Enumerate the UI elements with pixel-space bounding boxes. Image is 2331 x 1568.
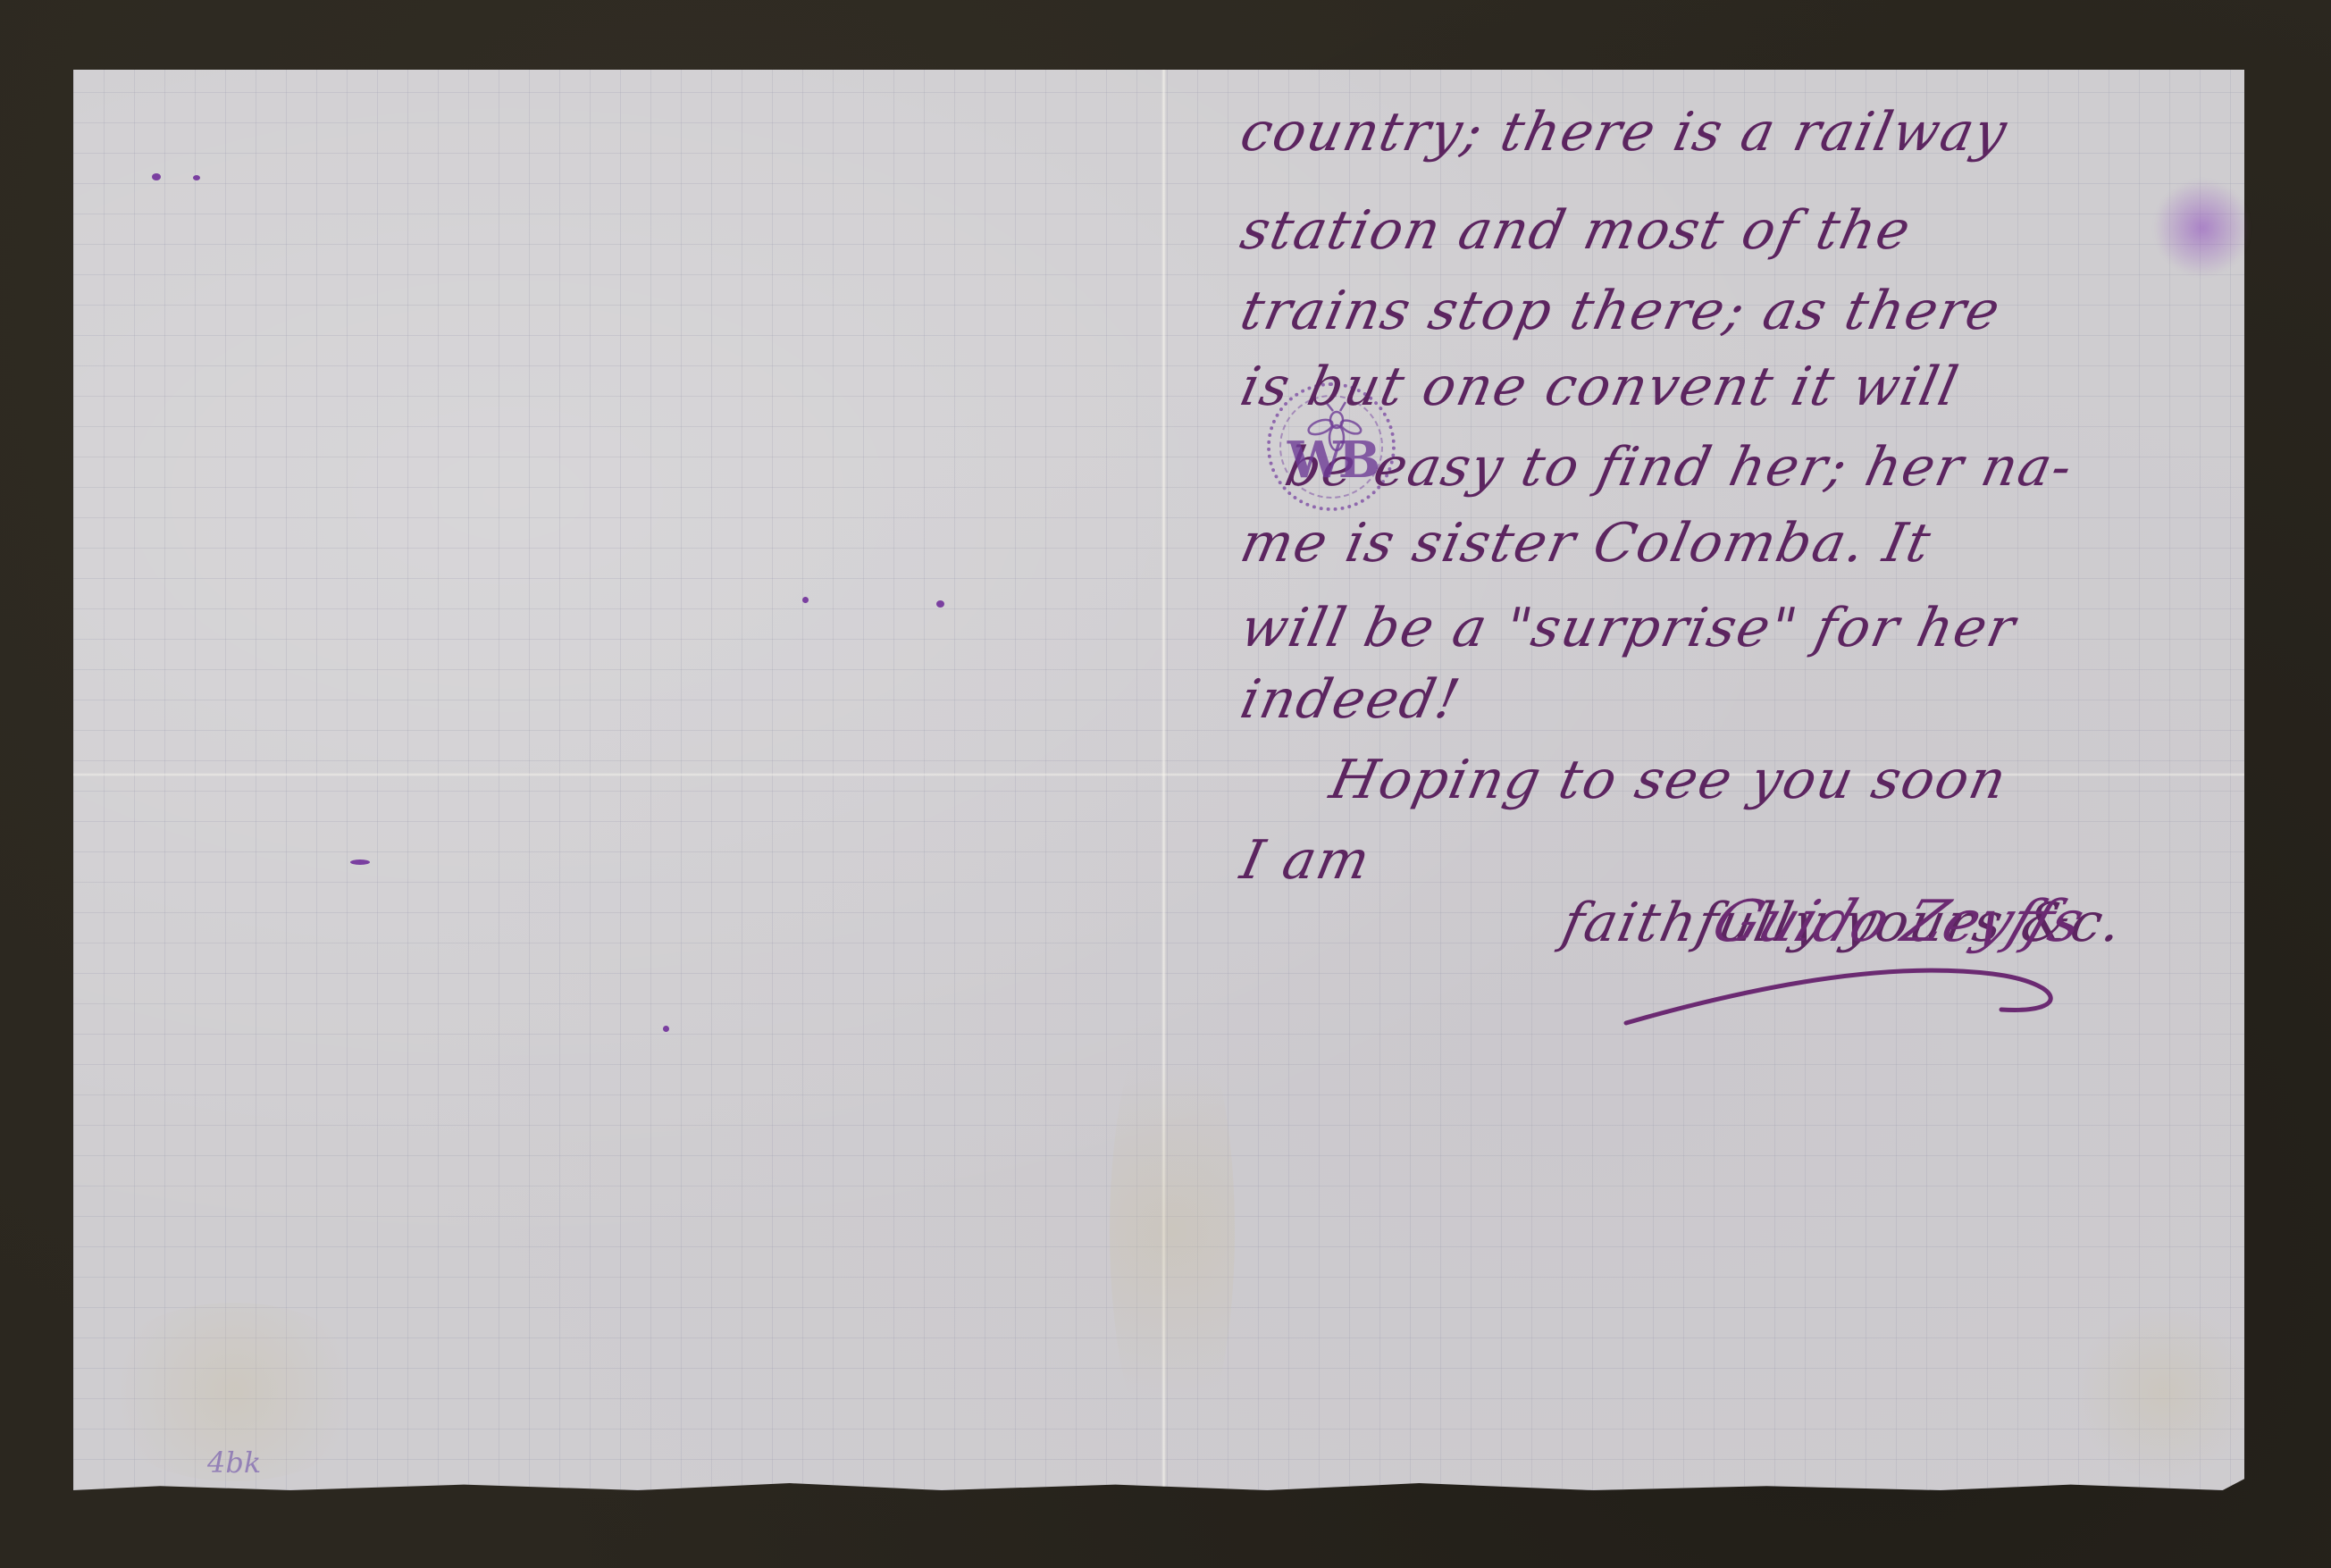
ink-spot [936,600,944,608]
letter-line: Hoping to see you soon [1326,753,2013,807]
stamp-monogram: WB [1287,431,1375,490]
ink-spot [193,175,200,180]
letter-line: is but one convent it will [1237,360,1964,414]
ink-spot [663,1026,669,1032]
signature: Guido Zeyffs [1617,889,2117,1050]
archive-corner-mark: 4bk [207,1446,261,1480]
ink-spot [802,597,809,603]
letter-line: I am [1237,834,1376,887]
letter-line: be easy to find her; her na- [1281,440,2078,494]
letter-line: indeed! [1237,673,1466,726]
ink-mark [350,859,370,865]
letter-line: me is sister Colomba. It [1237,516,1937,570]
letter-line: station and most of the [1237,204,1916,257]
pencil-note: illegible pencil notation [574,96,1199,150]
water-stain [2075,1303,2253,1481]
ink-spot [152,173,161,180]
ink-smudge [2153,179,2251,277]
letter-line: trains stop there; as there [1237,284,2006,338]
letter-line: will be a "surprise" for her [1237,601,2021,655]
signature-flourish-icon [1617,889,2117,1050]
letter-line: country; there is a railway [1237,105,2013,159]
water-stain [1110,999,1235,1463]
